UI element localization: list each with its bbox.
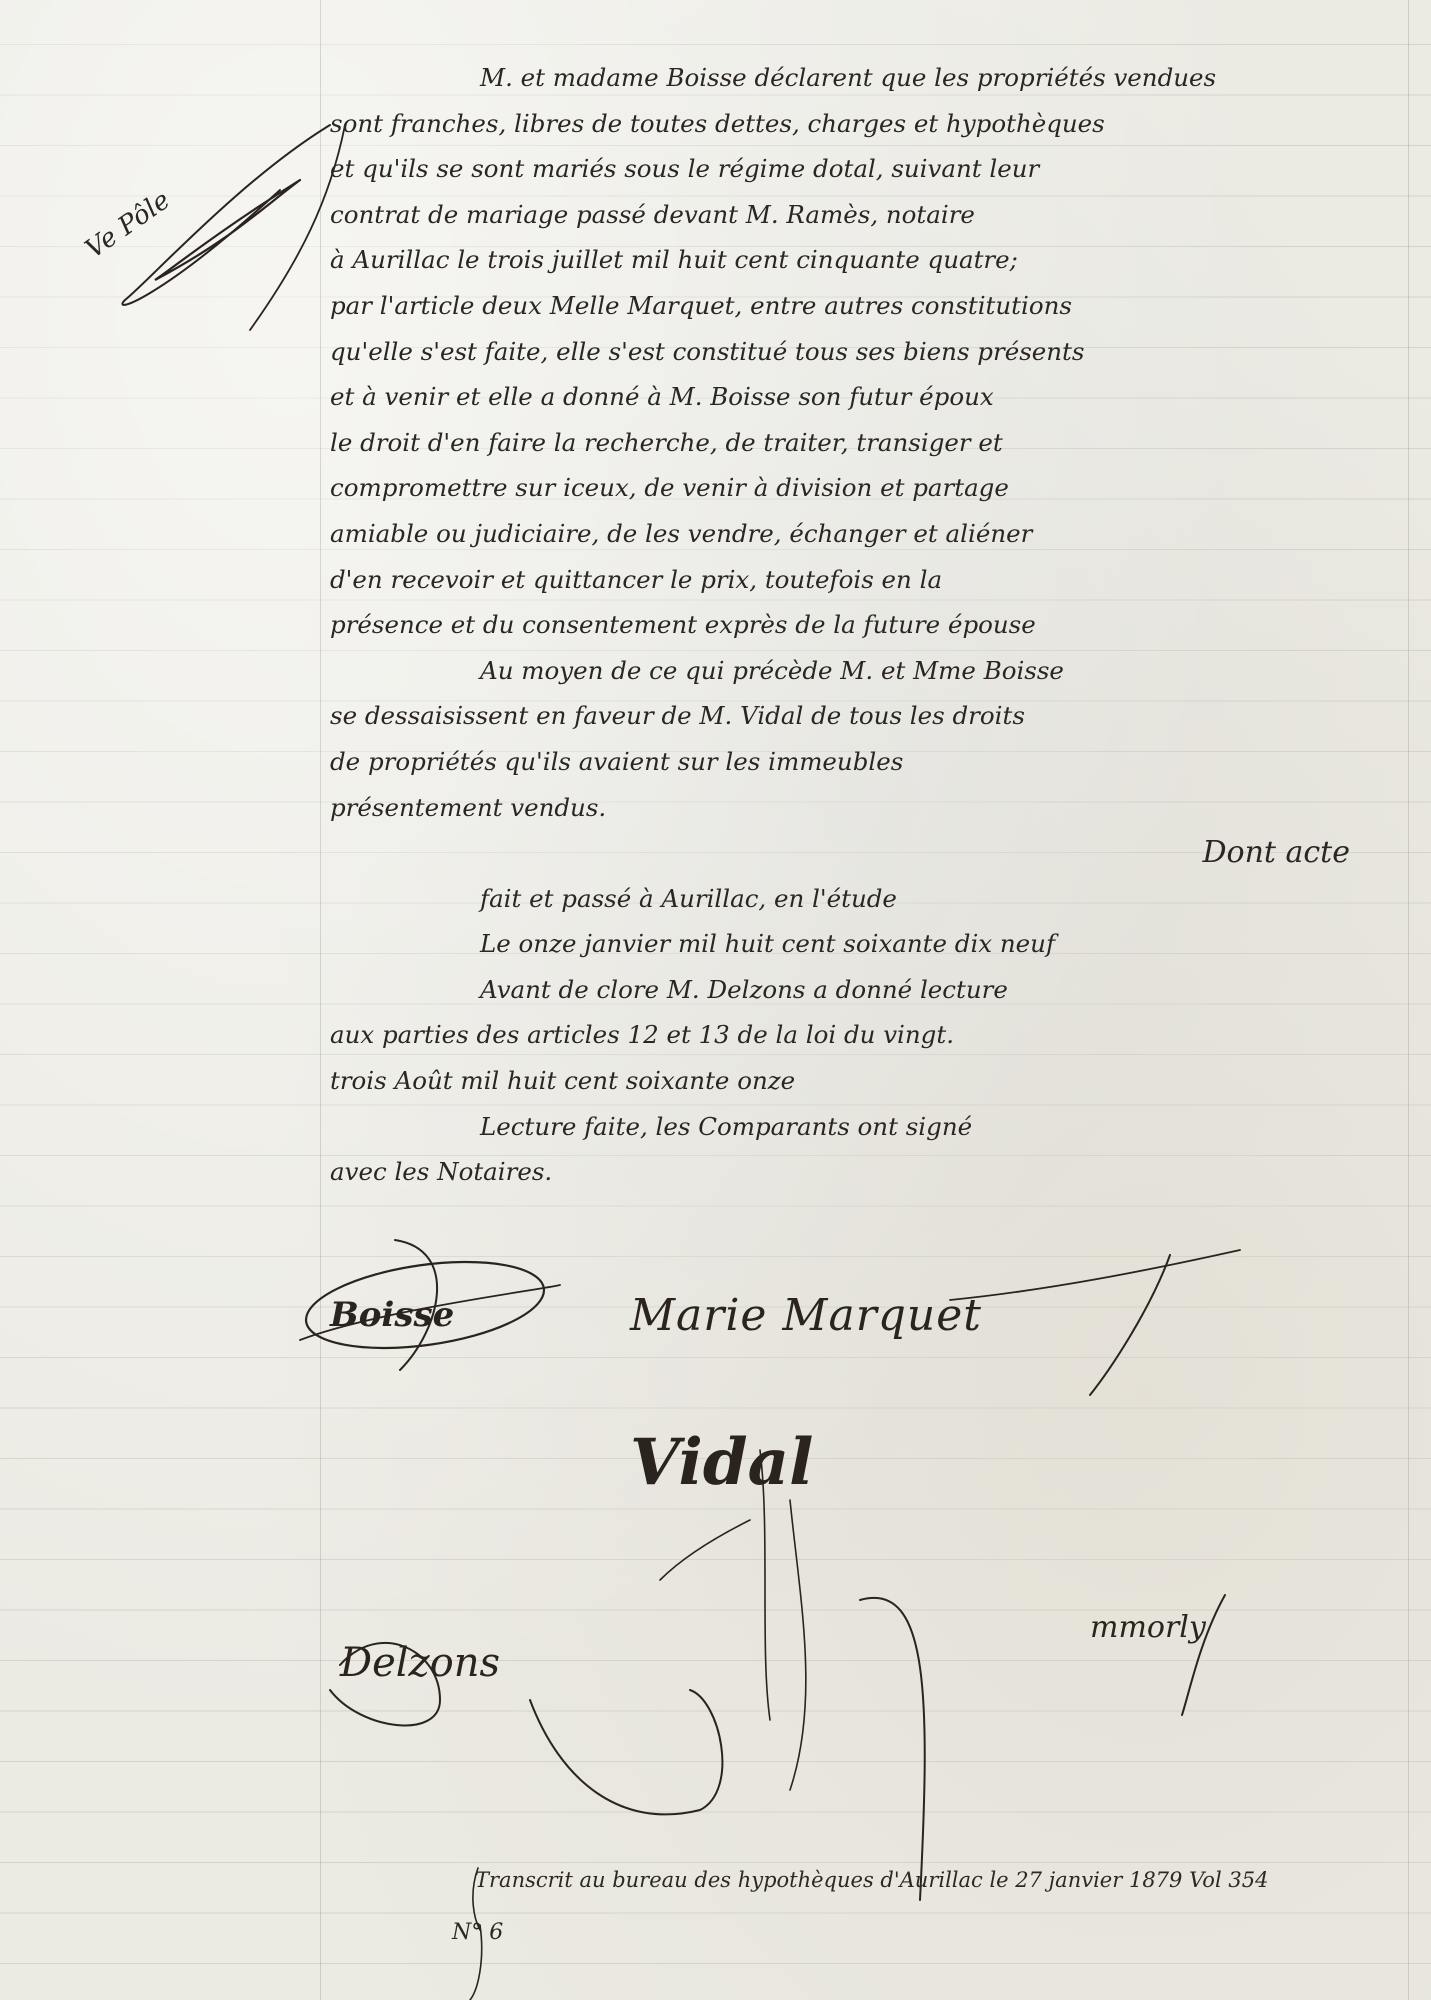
closing-formula: Dont acte	[330, 830, 1410, 876]
text-line: Lecture faite, les Comparants ont signé	[330, 1104, 1410, 1150]
text-line: trois Août mil huit cent soixante onze	[330, 1058, 1410, 1104]
text-line: à Aurillac le trois juillet mil huit cen…	[330, 237, 1410, 283]
text-line: contrat de mariage passé devant M. Ramès…	[330, 192, 1410, 238]
text-line: Au moyen de ce qui précède M. et Mme Boi…	[330, 648, 1410, 694]
text-line: présence et du consentement exprès de la…	[330, 602, 1410, 648]
text-line: le droit d'en faire la recherche, de tra…	[330, 420, 1410, 466]
text-line: sont franches, libres de toutes dettes, …	[330, 101, 1410, 147]
text-line: et qu'ils se sont mariés sous le régime …	[330, 146, 1410, 192]
text-line: compromettre sur iceux, de venir à divis…	[330, 465, 1410, 511]
margin-annotation: Ve Pôle	[60, 150, 300, 330]
signature-vidal: Vidal	[630, 1425, 813, 1500]
signature-notary-second: mmorly	[1090, 1610, 1206, 1645]
text-line: amiable ou judiciaire, de les vendre, éc…	[330, 511, 1410, 557]
text-line: et à venir et elle a donné à M. Boisse s…	[330, 374, 1410, 420]
transcription-note: Transcrit au bureau des hypothèques d'Au…	[475, 1868, 1268, 1892]
margin-rule	[320, 0, 321, 2000]
text-line: présentement vendus.	[330, 785, 1410, 831]
text-line: de propriétés qu'ils avaient sur les imm…	[330, 739, 1410, 785]
signature-boisse: Boisse	[330, 1295, 454, 1335]
text-line: qu'elle s'est faite, elle s'est constitu…	[330, 329, 1410, 375]
signature-marie-marquet: Marie Marquet	[630, 1290, 982, 1341]
text-line: d'en recevoir et quittancer le prix, tou…	[330, 557, 1410, 603]
text-line: aux parties des articles 12 et 13 de la …	[330, 1012, 1410, 1058]
text-line: Avant de clore M. Delzons a donné lectur…	[330, 967, 1410, 1013]
deed-body: M. et madame Boisse déclarent que les pr…	[330, 55, 1410, 1195]
text-line: M. et madame Boisse déclarent que les pr…	[330, 55, 1410, 101]
signature-notary-delzons: Delzons	[340, 1640, 500, 1686]
registration-number: N° 6	[452, 1920, 503, 1945]
text-line: fait et passé à Aurillac, en l'étude	[330, 876, 1410, 922]
text-line: par l'article deux Melle Marquet, entre …	[330, 283, 1410, 329]
text-line: se dessaisissent en faveur de M. Vidal d…	[330, 693, 1410, 739]
text-line: Le onze janvier mil huit cent soixante d…	[330, 921, 1410, 967]
margin-annotation-text: Ve Pôle	[80, 185, 176, 265]
text-line: avec les Notaires.	[330, 1149, 1410, 1195]
